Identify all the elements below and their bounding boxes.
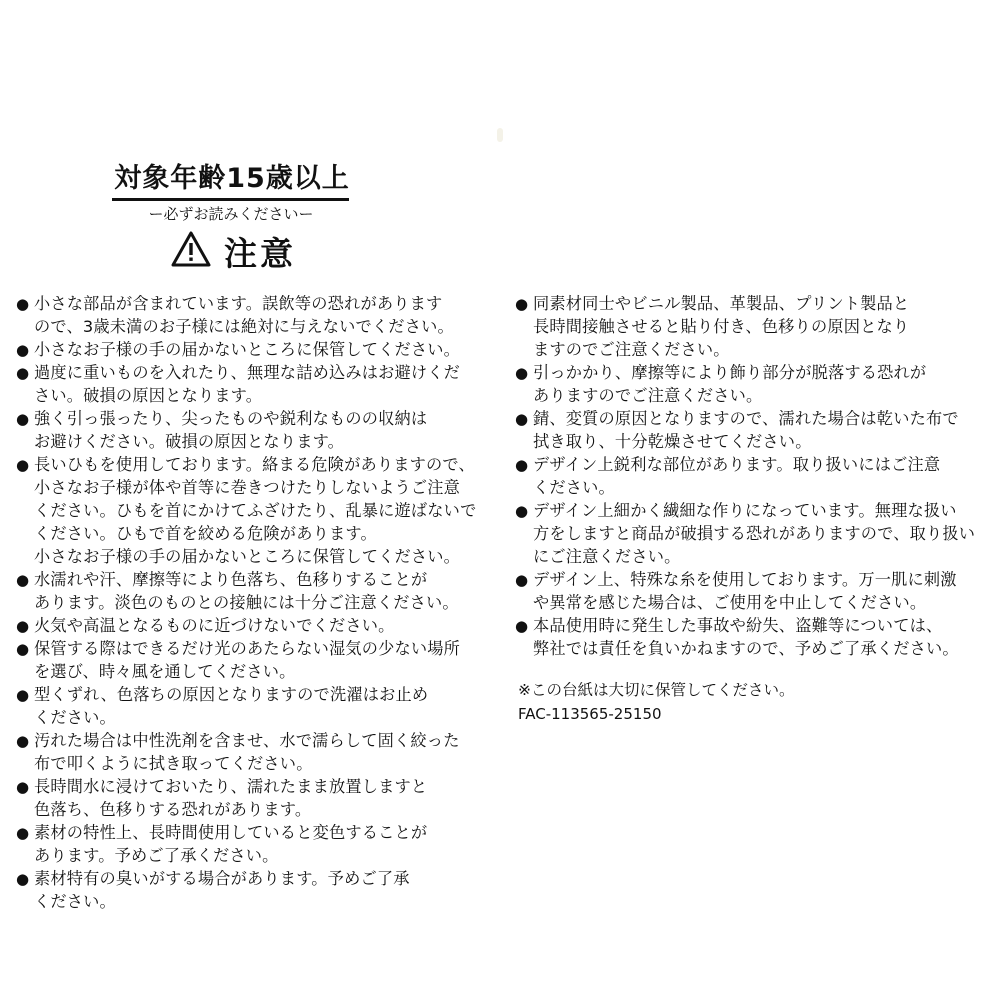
warning-item: 錆、変質の原因となりますので、濡れた場合は乾いた布で拭き取り、十分乾燥させてくだ… [515,407,985,453]
warning-item-text: 水濡れや汗、摩擦等により色落ち、色移りすることが [16,568,486,591]
warning-item: 火気や高温となるものに近づけないでください。 [16,614,486,637]
warning-triangle-icon [170,230,212,272]
warning-item-continuation: にご注意ください。 [515,545,985,568]
warning-item-continuation: 小さなお子様が体や首等に巻きつけたりしないようご注意 [16,476,486,499]
warning-item: 素材特有の臭いがする場合があります。予めご了承ください。 [16,867,486,913]
warning-item-text: 小さな部品が含まれています。誤飲等の恐れがあります [16,292,486,315]
warning-item: 本品使用時に発生した事故や紛失、盗難等については、弊社では責任を負いかねますので… [515,614,985,660]
warning-item: 小さな部品が含まれています。誤飲等の恐れがありますので、3歳未満のお子様には絶対… [16,292,486,338]
warning-item-text: 型くずれ、色落ちの原因となりますので洗濯はお止め [16,683,486,706]
warning-item-continuation: さい。破損の原因となります。 [16,384,486,407]
warning-item-continuation: ください。ひもを首にかけてふざけたり、乱暴に遊ばないで [16,499,486,522]
must-read-subtitle: ー必ずお読みくださいー [120,204,342,224]
warning-item-text: 火気や高温となるものに近づけないでください。 [16,614,486,637]
warning-item-continuation: お避けください。破損の原因となります。 [16,430,486,453]
warning-item: デザイン上細かく繊細な作りになっています。無理な扱い方をしますと商品が破損する恐… [515,499,985,568]
warning-item-text: デザイン上細かく繊細な作りになっています。無理な扱い [515,499,985,522]
right-warning-list: 同素材同士やビニル製品、革製品、プリント製品と長時間接触させると貼り付き、色移り… [515,292,985,660]
left-warning-list: 小さな部品が含まれています。誤飲等の恐れがありますので、3歳未満のお子様には絶対… [16,292,486,913]
warning-item-continuation: ください。 [515,476,985,499]
warning-item-continuation: 布で叩くように拭き取ってください。 [16,752,486,775]
warning-item-continuation: ますのでご注意ください。 [515,338,985,361]
product-code: FAC-113565-25150 [518,702,795,726]
warning-item: 引っかかり、摩擦等により飾り部分が脱落する恐れがありますのでご注意ください。 [515,361,985,407]
age-label: 対象年齢15歳以上 [112,160,352,198]
warning-item: 長時間水に浸けておいたり、濡れたまま放置しますと色落ち、色移りする恐れがあります… [16,775,486,821]
warning-item-continuation: 弊社では責任を負いかねますので、予めご了承ください。 [515,637,985,660]
warning-item-text: デザイン上、特殊な糸を使用しております。万一肌に刺激 [515,568,985,591]
warning-item-continuation: 長時間接触させると貼り付き、色移りの原因となり [515,315,985,338]
warning-item-text: 長時間水に浸けておいたり、濡れたまま放置しますと [16,775,486,798]
warning-item-text: 錆、変質の原因となりますので、濡れた場合は乾いた布で [515,407,985,430]
paper-speck [497,128,503,142]
warning-item: 型くずれ、色落ちの原因となりますので洗濯はお止めください。 [16,683,486,729]
warning-item-continuation: あります。淡色のものとの接触には十分ご注意ください。 [16,591,486,614]
warning-item: デザイン上鋭利な部位があります。取り扱いにはご注意ください。 [515,453,985,499]
warning-item-text: デザイン上鋭利な部位があります。取り扱いにはご注意 [515,453,985,476]
keep-card-note: ※この台紙は大切に保管してください。 [518,678,795,702]
warning-item-text: 長いひもを使用しております。絡まる危険がありますので、 [16,453,486,476]
warning-item-text: 同素材同士やビニル製品、革製品、プリント製品と [515,292,985,315]
warning-item: 小さなお子様の手の届かないところに保管してください。 [16,338,486,361]
warning-item: 汚れた場合は中性洗剤を含ませ、水で濡らして固く絞った布で叩くように拭き取ってくだ… [16,729,486,775]
warning-item-text: 保管する際はできるだけ光のあたらない湿気の少ない場所 [16,637,486,660]
warning-item-text: 本品使用時に発生した事故や紛失、盗難等については、 [515,614,985,637]
warning-item-continuation: ので、3歳未満のお子様には絶対に与えないでください。 [16,315,486,338]
caution-heading: 注意 [170,228,296,274]
warning-item-continuation: あります。予めご了承ください。 [16,844,486,867]
warning-item-text: 汚れた場合は中性洗剤を含ませ、水で濡らして固く絞った [16,729,486,752]
warning-item: 過度に重いものを入れたり、無理な詰め込みはお避けください。破損の原因となります。 [16,361,486,407]
warning-item-continuation: 拭き取り、十分乾燥させてください。 [515,430,985,453]
age-label-container: 対象年齢15歳以上 [112,160,352,198]
caution-title: 注意 [224,228,296,275]
warning-item-continuation: 色落ち、色移りする恐れがあります。 [16,798,486,821]
warning-item: 水濡れや汗、摩擦等により色落ち、色移りすることがあります。淡色のものとの接触には… [16,568,486,614]
warning-item: 素材の特性上、長時間使用していると変色することがあります。予めご了承ください。 [16,821,486,867]
warning-item: デザイン上、特殊な糸を使用しております。万一肌に刺激や異常を感じた場合は、ご使用… [515,568,985,614]
warning-item-continuation: や異常を感じた場合は、ご使用を中止してください。 [515,591,985,614]
warning-item-continuation: 小さなお子様の手の届かないところに保管してください。 [16,545,486,568]
warning-item-text: 過度に重いものを入れたり、無理な詰め込みはお避けくだ [16,361,486,384]
warning-item: 同素材同士やビニル製品、革製品、プリント製品と長時間接触させると貼り付き、色移り… [515,292,985,361]
warning-item-continuation: を選び、時々風を通してください。 [16,660,486,683]
warning-item-continuation: ください。 [16,706,486,729]
warning-item: 強く引っ張ったり、尖ったものや鋭利なものの収納はお避けください。破損の原因となり… [16,407,486,453]
warning-item-text: 小さなお子様の手の届かないところに保管してください。 [16,338,486,361]
header-underline [112,198,349,201]
warning-item-text: 素材の特性上、長時間使用していると変色することが [16,821,486,844]
warning-item-continuation: ください。 [16,890,486,913]
warning-item-text: 強く引っ張ったり、尖ったものや鋭利なものの収納は [16,407,486,430]
footer-notes: ※この台紙は大切に保管してください。 FAC-113565-25150 [518,678,795,726]
warning-item-continuation: ください。ひもで首を絞める危険があります。 [16,522,486,545]
warning-item: 保管する際はできるだけ光のあたらない湿気の少ない場所を選び、時々風を通してくださ… [16,637,486,683]
warning-item: 長いひもを使用しております。絡まる危険がありますので、小さなお子様が体や首等に巻… [16,453,486,568]
warning-item-text: 素材特有の臭いがする場合があります。予めご了承 [16,867,486,890]
warning-item-continuation: ありますのでご注意ください。 [515,384,985,407]
warning-item-continuation: 方をしますと商品が破損する恐れがありますので、取り扱い [515,522,985,545]
warning-item-text: 引っかかり、摩擦等により飾り部分が脱落する恐れが [515,361,985,384]
